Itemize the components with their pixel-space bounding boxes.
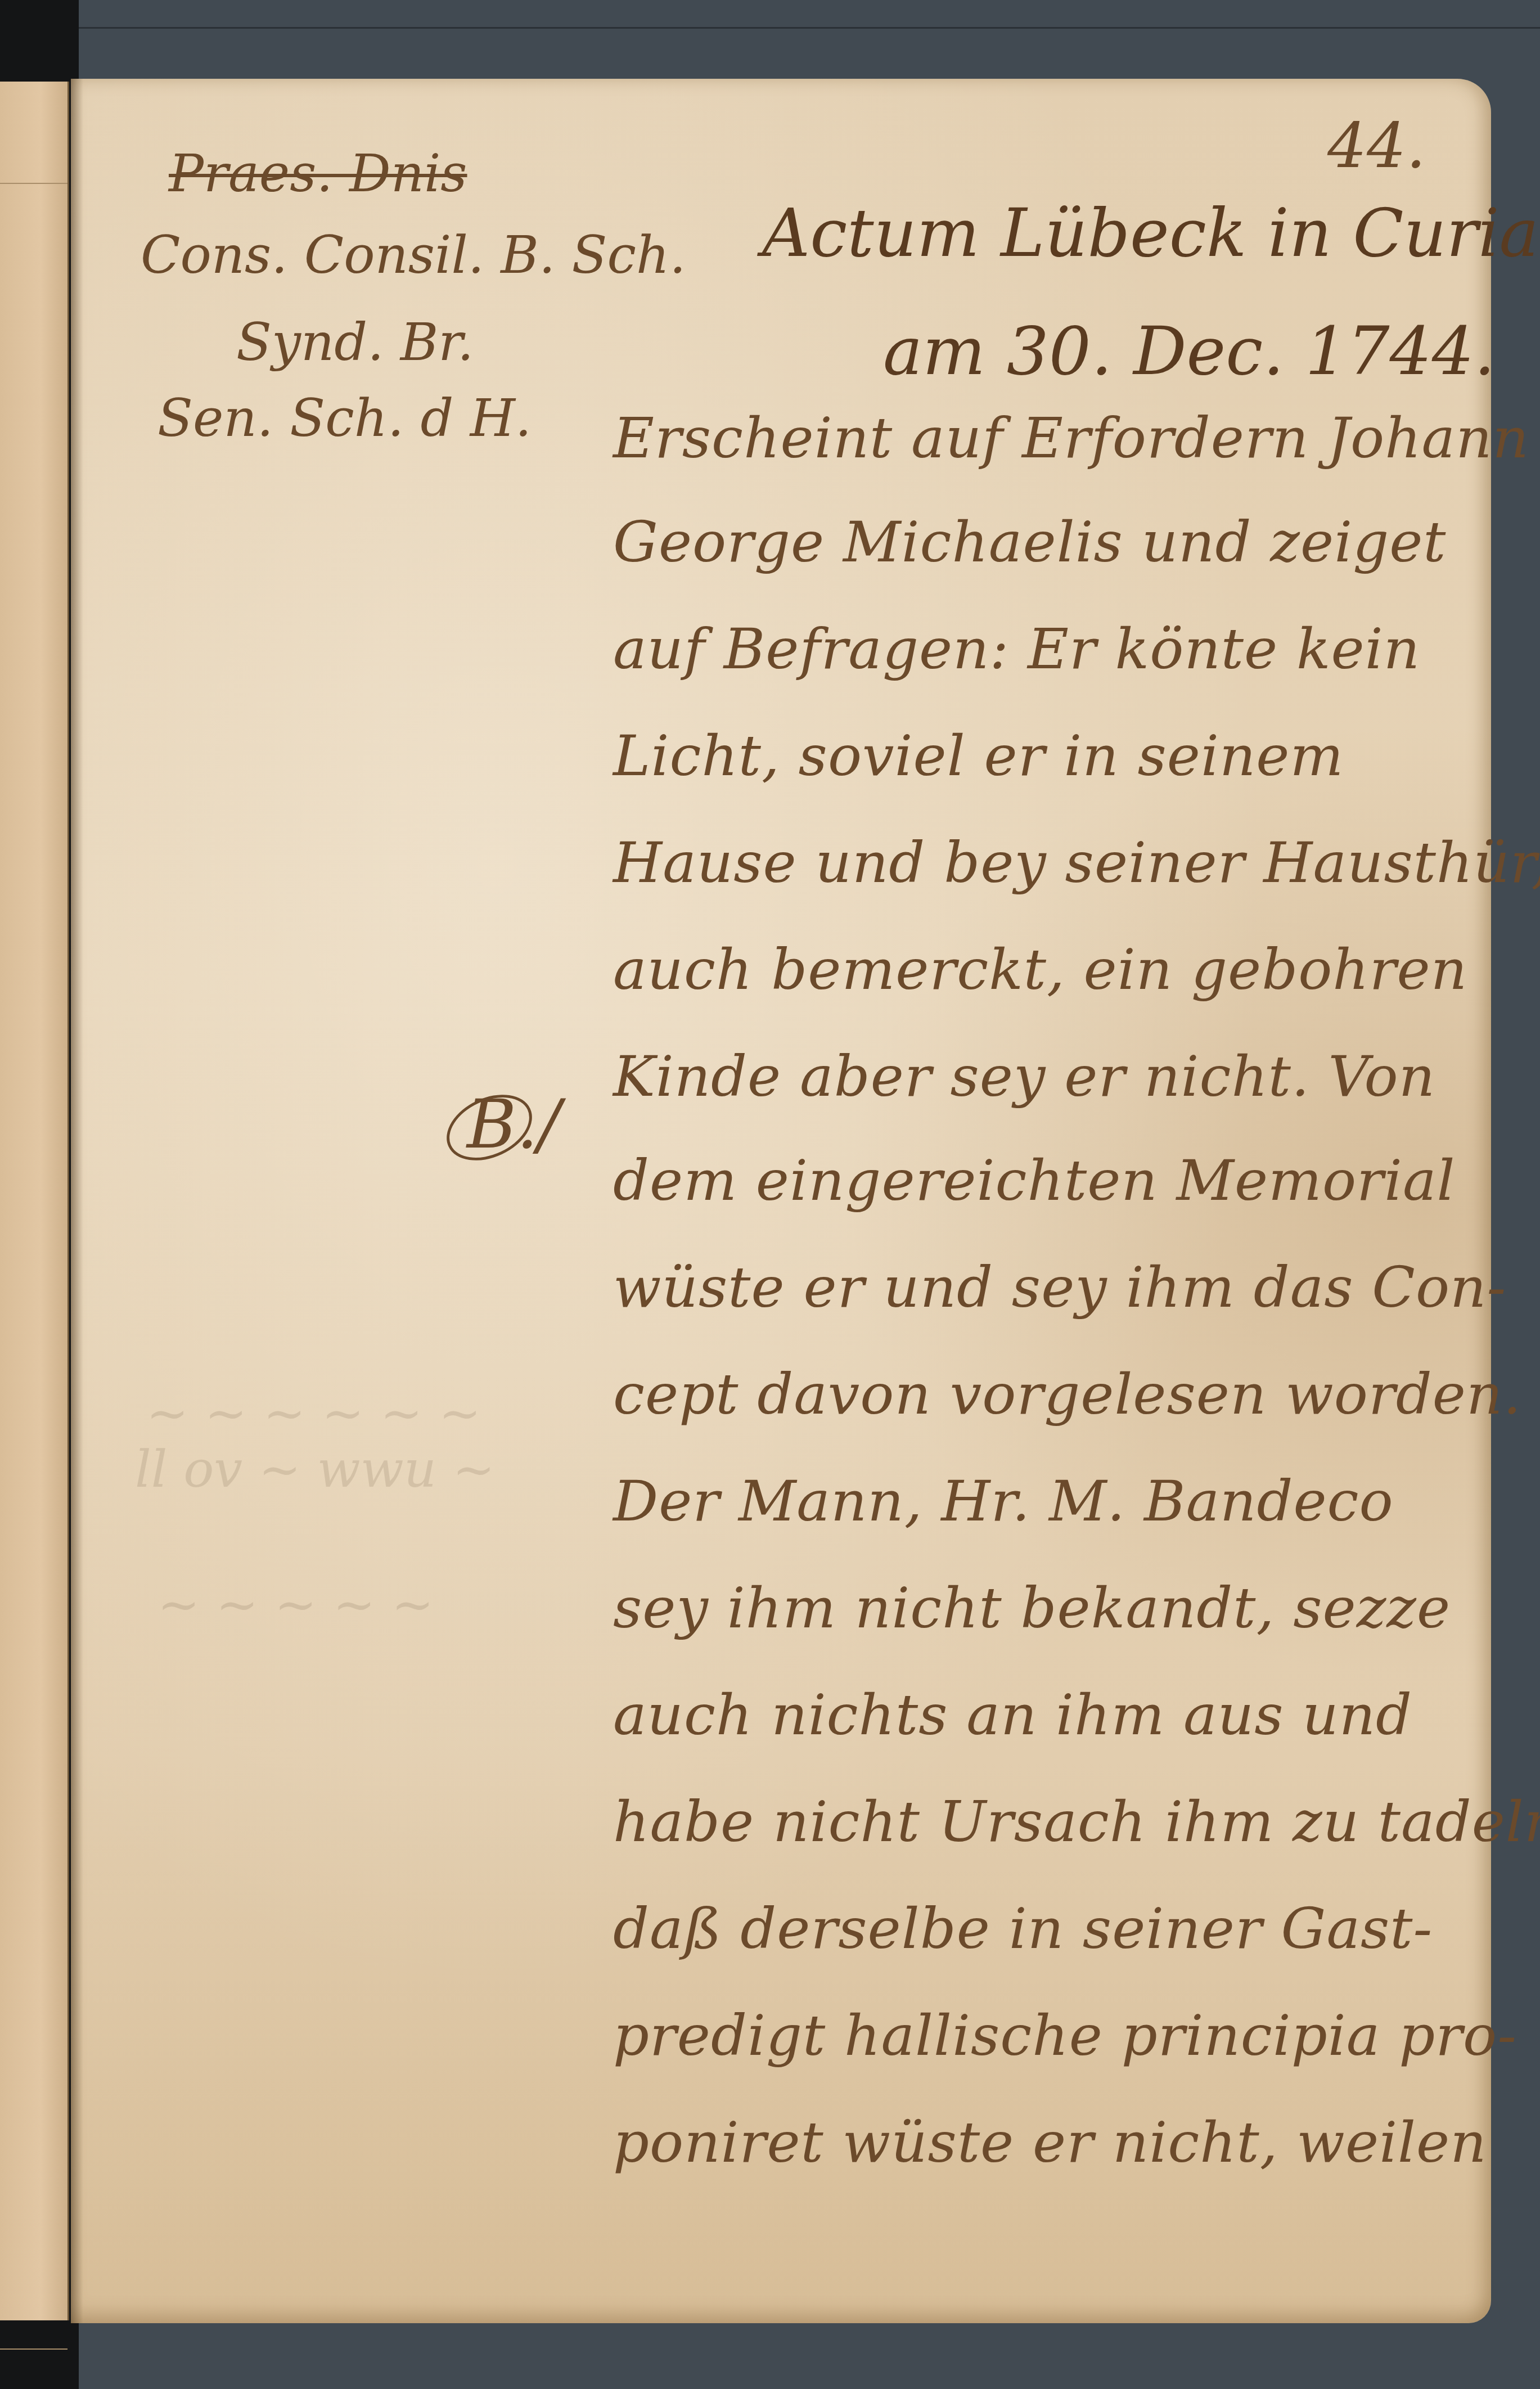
body-line: poniret wüste er nicht, weilen [613,2109,1487,2175]
body-line: auch bemerckt, ein gebohren [613,937,1467,1002]
body-line: Erscheint auf Erfordern Johann [613,405,1529,471]
mount-seam [79,27,1540,29]
page-fold-line [0,183,67,184]
body-line: cept davon vorgelesen worden. [613,1361,1521,1427]
body-line: Kinde aber sey er nicht. Von [613,1043,1435,1109]
body-line: Licht, soviel er in seinem [613,723,1344,789]
adjacent-page-edge [0,82,69,2320]
body-line: dem eingereichten Memorial [613,1148,1455,1213]
body-line: predigt hallische principia pro- [613,2003,1517,2068]
bleed-through-text: ~ ~ ~ ~ ~ ~ [146,1384,481,1443]
body-line: Hause und bey seiner Hausthür, [613,830,1540,896]
margin-note-synd: Synd. Br. [236,312,474,372]
marginal-mark: B./ [467,1086,561,1164]
margin-note-sen: Sen. Sch. d H. [157,388,532,448]
body-line: auf Befragen: Er könte kein [613,616,1420,682]
body-line: wüste er und sey ihm das Con- [613,1254,1506,1320]
body-line: habe nicht Ursach ihm zu tadeln [613,1789,1540,1855]
margin-note-cons: Cons. Consil. B. Sch. [141,225,686,285]
heading-date: am 30. Dec. 1744. [883,312,1495,390]
page-number: 44. [1327,110,1426,182]
body-line: George Michaelis und zeiget [613,509,1447,575]
body-line: sey ihm nicht bekandt, sezze [613,1575,1451,1641]
body-line: auch nichts an ihm aus und [613,1682,1412,1748]
binding-gutter-shadow [71,79,83,2323]
bleed-through-text: ~ ~ ~ ~ ~ [157,1575,434,1634]
margin-note-praes: Praes. Dnis [169,143,467,204]
page-fold-line [0,2348,67,2350]
body-line: Der Mann, Hr. M. Bandeco [613,1468,1394,1534]
body-line: daß derselbe in seiner Gast- [613,1896,1433,1961]
heading-actum: Actum Lübeck in Curia [762,194,1539,272]
bleed-through-text: ll ov ~ wwu ~ [135,1440,495,1499]
